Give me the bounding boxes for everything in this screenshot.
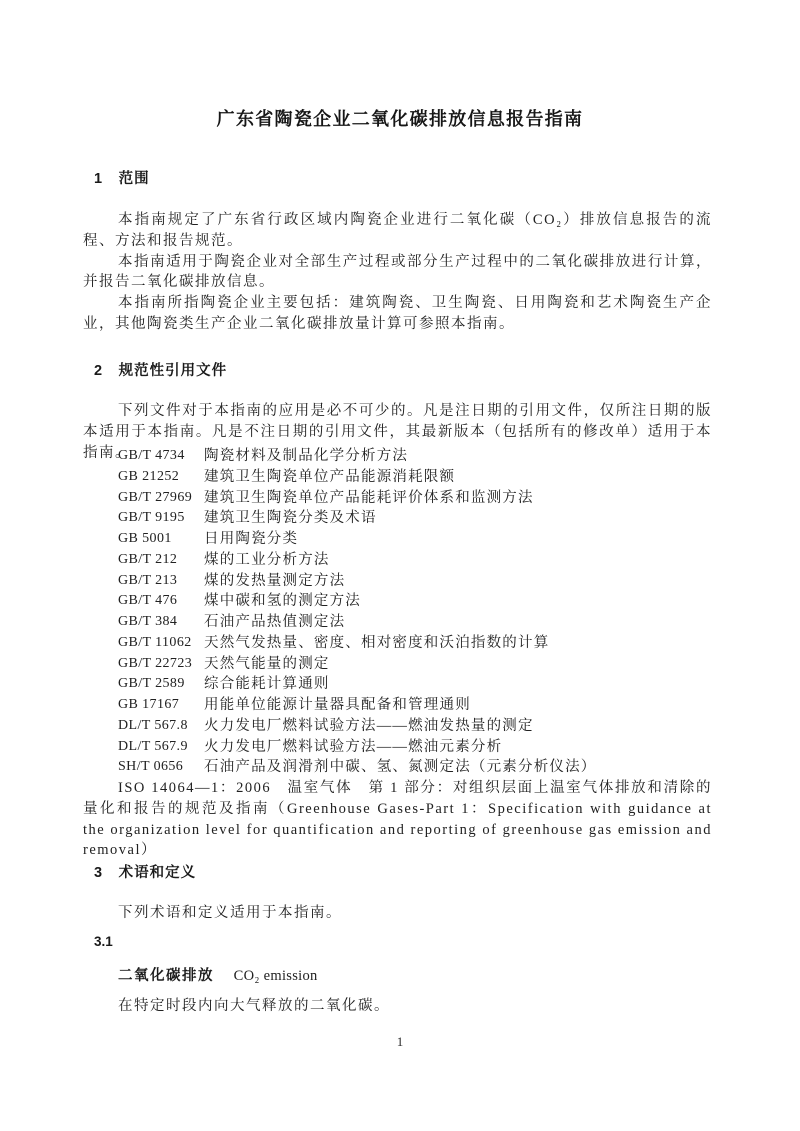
- reference-code: GB/T 2589: [118, 674, 204, 695]
- reference-code: GB/T 22723: [118, 654, 204, 675]
- section-3-heading: 3 术语和定义: [94, 861, 196, 882]
- reference-row: GB 17167 用能单位能源计量器具配备和管理通则: [83, 695, 712, 716]
- reference-title: 建筑卫生陶瓷单位产品能耗评价体系和监测方法: [204, 488, 712, 509]
- reference-row: GB 5001 日用陶瓷分类: [83, 529, 712, 550]
- reference-code: DL/T 567.8: [118, 716, 204, 737]
- reference-row: GB/T 11062 天然气发热量、密度、相对密度和沃泊指数的计算: [83, 633, 712, 654]
- reference-title: 石油产品及润滑剂中碳、氢、氮测定法（元素分析仪法）: [204, 757, 712, 778]
- reference-title: 建筑卫生陶瓷单位产品能源消耗限额: [204, 467, 712, 488]
- reference-row: GB 21252 建筑卫生陶瓷单位产品能源消耗限额: [83, 467, 712, 488]
- reference-code: GB 17167: [118, 695, 204, 716]
- term-definition: 在特定时段内向大气释放的二氧化碳。: [118, 994, 390, 1015]
- reference-code: GB 21252: [118, 467, 204, 488]
- reference-title: 建筑卫生陶瓷分类及术语: [204, 508, 712, 529]
- reference-title: 石油产品热值测定法: [204, 612, 712, 633]
- term-chinese: 二氧化碳排放: [118, 968, 214, 984]
- subsection-number: 3.1: [94, 934, 113, 949]
- paragraph-terms-intro: 下列术语和定义适用于本指南。: [83, 903, 712, 924]
- reference-code: GB 5001: [118, 529, 204, 550]
- reference-code: DL/T 567.9: [118, 737, 204, 758]
- reference-row: GB/T 4734 陶瓷材料及制品化学分析方法: [83, 446, 712, 467]
- paragraph-scope-2: 本指南适用于陶瓷企业对全部生产过程或部分生产过程中的二氧化碳排放进行计算，并报告…: [83, 252, 712, 294]
- reference-row: GB/T 384 石油产品热值测定法: [83, 612, 712, 633]
- reference-code: GB/T 213: [118, 571, 204, 592]
- reference-title: 日用陶瓷分类: [204, 529, 712, 550]
- term-line: 二氧化碳排放 CO₂ emission: [118, 964, 318, 985]
- section-1-heading: 1 范围: [94, 167, 150, 188]
- reference-row: DL/T 567.8 火力发电厂燃料试验方法——燃油发热量的测定: [83, 716, 712, 737]
- section-1-body: 本指南规定了广东省行政区域内陶瓷企业进行二氧化碳（CO₂）排放信息报告的流程、方…: [83, 210, 712, 335]
- references-list: GB/T 4734 陶瓷材料及制品化学分析方法 GB 21252 建筑卫生陶瓷单…: [83, 446, 712, 778]
- reference-code: GB/T 212: [118, 550, 204, 571]
- reference-title: 用能单位能源计量器具配备和管理通则: [204, 695, 712, 716]
- reference-title: 天然气能量的测定: [204, 654, 712, 675]
- reference-code: GB/T 9195: [118, 508, 204, 529]
- reference-code: GB/T 11062: [118, 633, 204, 654]
- reference-row: GB/T 213 煤的发热量测定方法: [83, 571, 712, 592]
- reference-code: SH/T 0656: [118, 757, 204, 778]
- reference-title: 火力发电厂燃料试验方法——燃油元素分析: [204, 737, 712, 758]
- reference-row: DL/T 567.9 火力发电厂燃料试验方法——燃油元素分析: [83, 737, 712, 758]
- reference-row: GB/T 2589 综合能耗计算通则: [83, 674, 712, 695]
- reference-title: 陶瓷材料及制品化学分析方法: [204, 446, 712, 467]
- reference-title: 煤的发热量测定方法: [204, 571, 712, 592]
- reference-row: GB/T 476 煤中碳和氢的测定方法: [83, 591, 712, 612]
- reference-row: GB/T 9195 建筑卫生陶瓷分类及术语: [83, 508, 712, 529]
- iso-reference-block: ISO 14064—1：2006 温室气体 第 1 部分：对组织层面上温室气体排…: [83, 778, 712, 861]
- reference-row: GB/T 22723 天然气能量的测定: [83, 654, 712, 675]
- page-number: 1: [0, 1034, 800, 1050]
- section-3-intro: 下列术语和定义适用于本指南。: [83, 903, 712, 924]
- reference-row: GB/T 212 煤的工业分析方法: [83, 550, 712, 571]
- reference-title: 火力发电厂燃料试验方法——燃油发热量的测定: [204, 716, 712, 737]
- reference-title: 煤的工业分析方法: [204, 550, 712, 571]
- iso-reference: ISO 14064—1：2006 温室气体 第 1 部分：对组织层面上温室气体排…: [83, 778, 712, 861]
- paragraph-scope-1: 本指南规定了广东省行政区域内陶瓷企业进行二氧化碳（CO₂）排放信息报告的流程、方…: [83, 210, 712, 252]
- reference-code: GB/T 4734: [118, 446, 204, 467]
- reference-code: GB/T 384: [118, 612, 204, 633]
- reference-title: 天然气发热量、密度、相对密度和沃泊指数的计算: [204, 633, 712, 654]
- reference-code: GB/T 476: [118, 591, 204, 612]
- reference-row: GB/T 27969 建筑卫生陶瓷单位产品能耗评价体系和监测方法: [83, 488, 712, 509]
- term-english: CO₂ emission: [234, 968, 318, 984]
- reference-title: 煤中碳和氢的测定方法: [204, 591, 712, 612]
- reference-title: 综合能耗计算通则: [204, 674, 712, 695]
- document-title: 广东省陶瓷企业二氧化碳排放信息报告指南: [0, 105, 800, 131]
- reference-row: SH/T 0656 石油产品及润滑剂中碳、氢、氮测定法（元素分析仪法）: [83, 757, 712, 778]
- section-2-heading: 2 规范性引用文件: [94, 359, 227, 380]
- reference-code: GB/T 27969: [118, 488, 204, 509]
- document-page: 广东省陶瓷企业二氧化碳排放信息报告指南 1 范围 本指南规定了广东省行政区域内陶…: [0, 0, 800, 1131]
- paragraph-scope-3: 本指南所指陶瓷企业主要包括：建筑陶瓷、卫生陶瓷、日用陶瓷和艺术陶瓷生产企业，其他…: [83, 293, 712, 335]
